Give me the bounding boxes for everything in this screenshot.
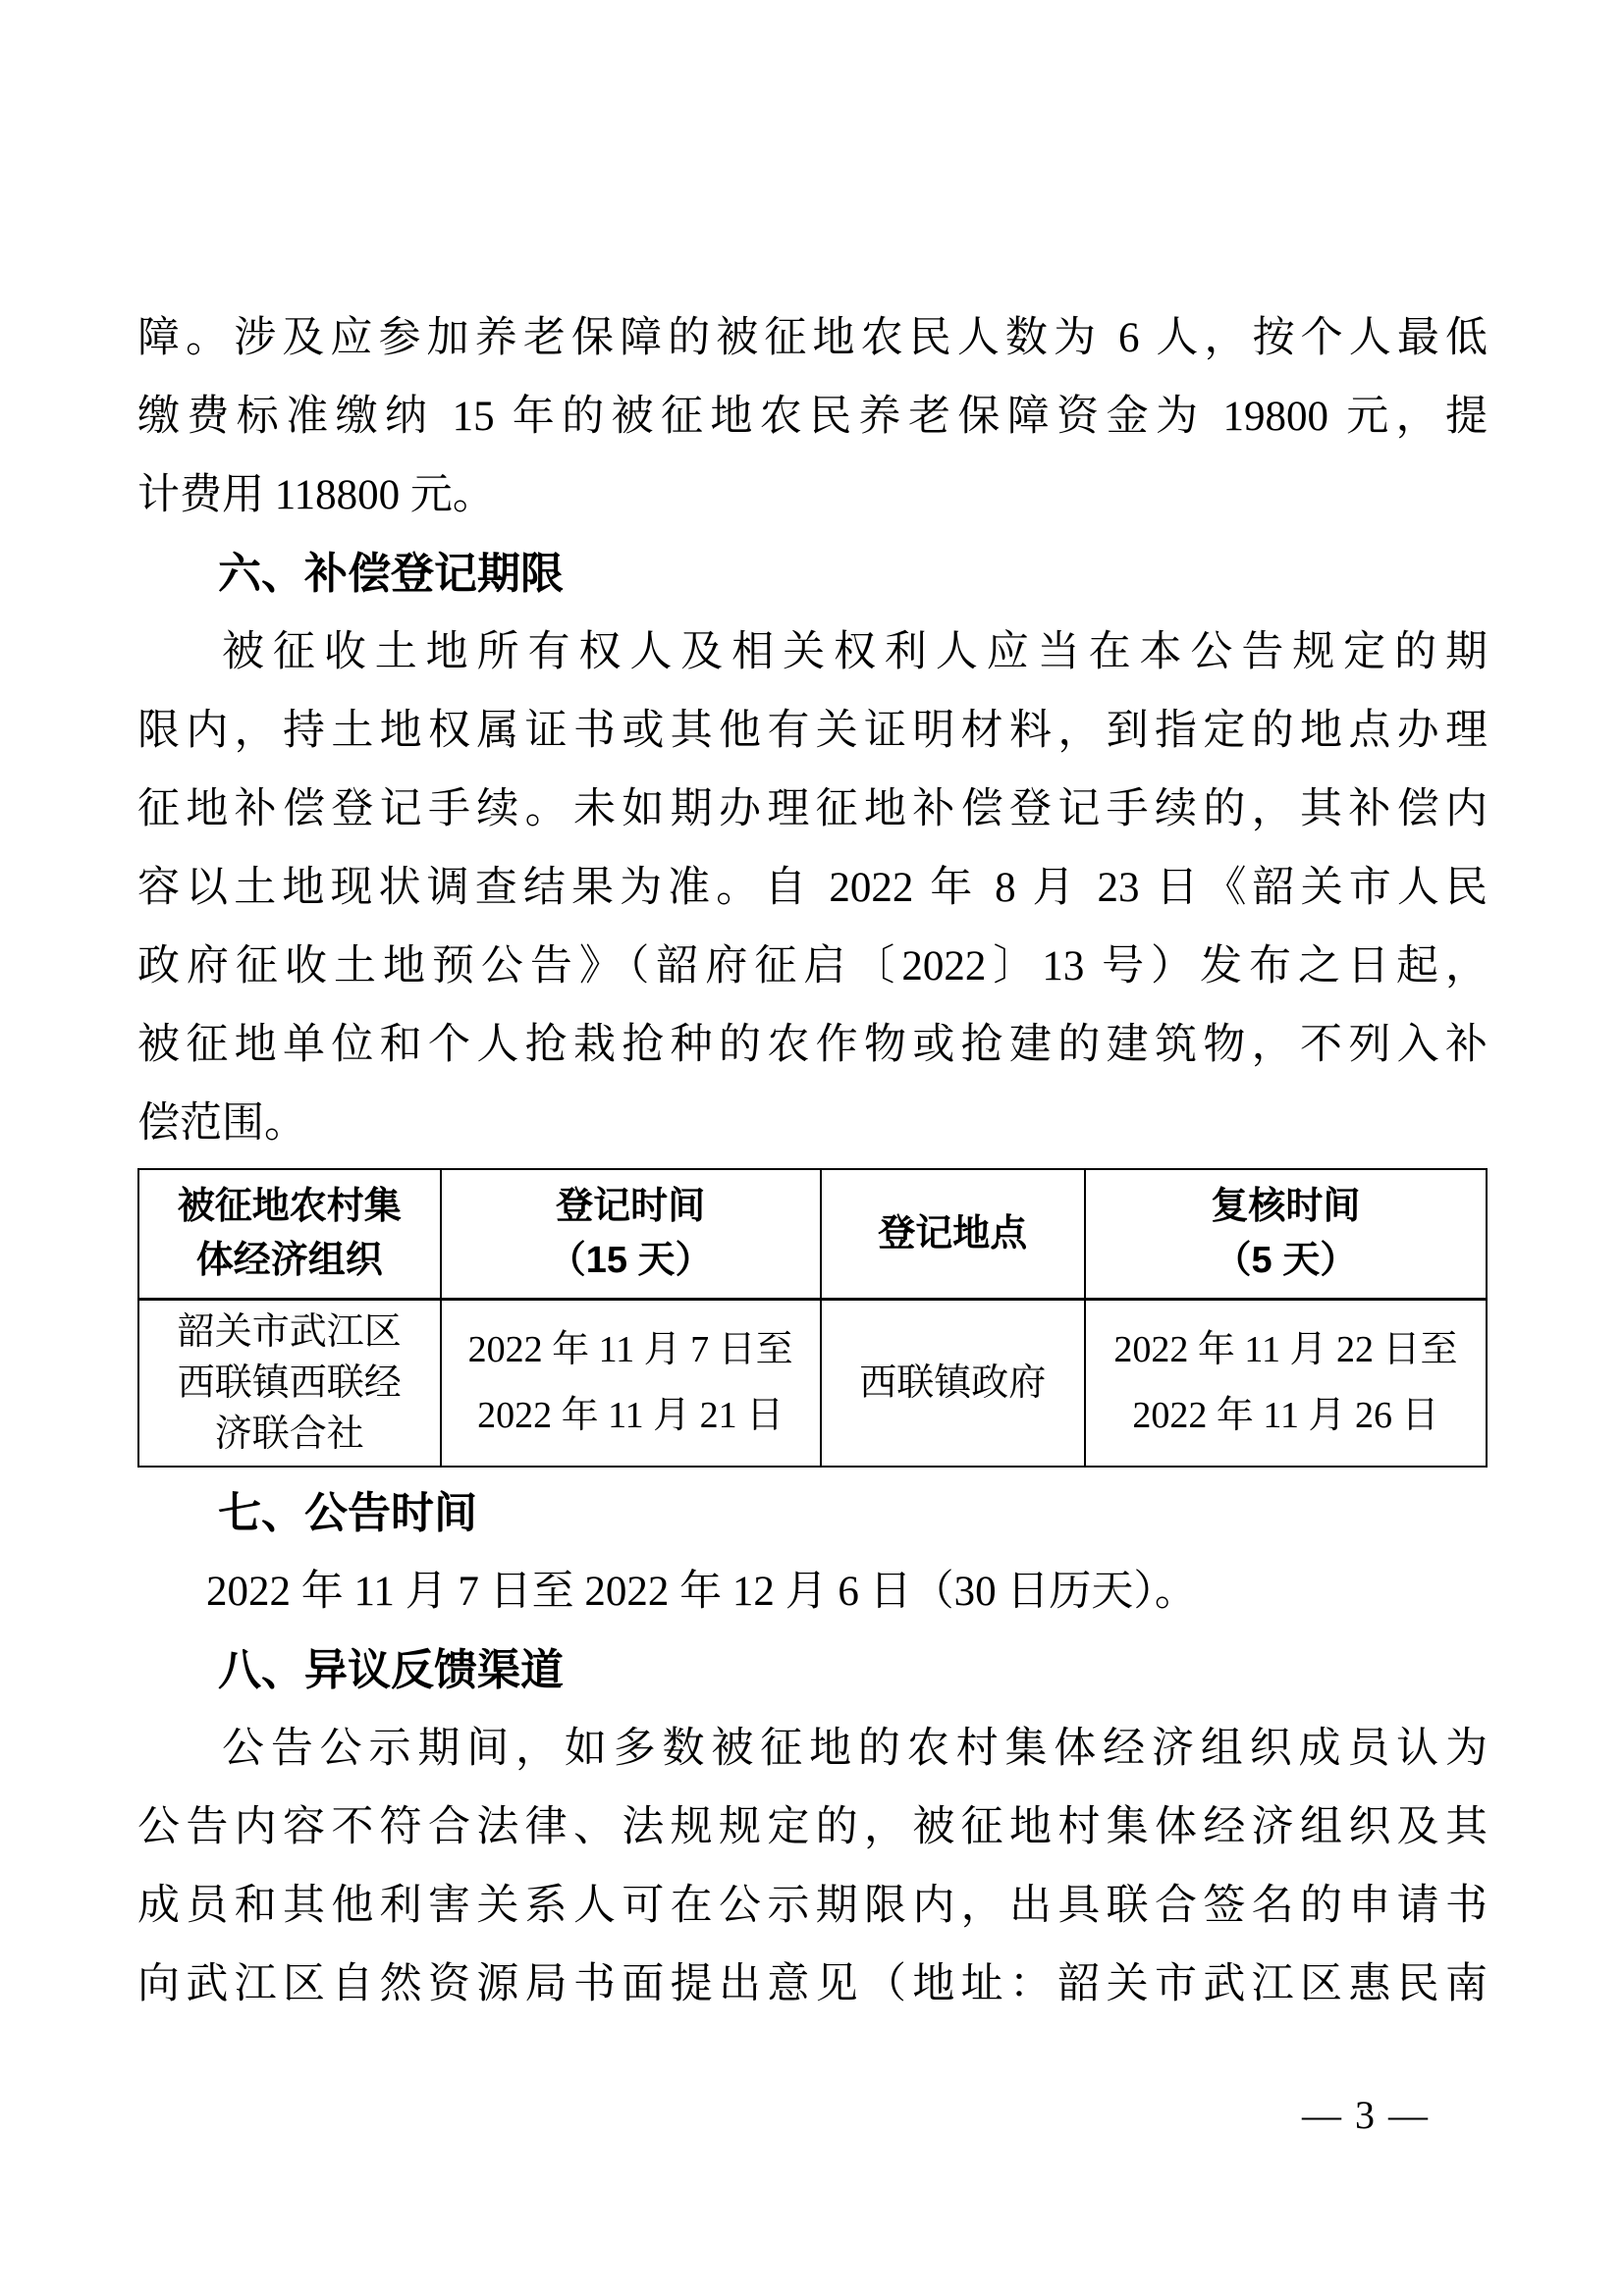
- header-cell-registration-time: 登记时间 （15 天）: [441, 1169, 821, 1300]
- header-text: 被征地农村集: [143, 1180, 436, 1234]
- header-text: 复核时间: [1090, 1180, 1482, 1234]
- cell-text: 西联镇西联经: [143, 1358, 436, 1409]
- document-content: 障。涉及应参加养老保障的被征地农民人数为 6 人，按个人最低 缴费标准缴纳 15…: [137, 299, 1488, 2024]
- cell-text: 2022 年 11 月 22 日至: [1090, 1317, 1482, 1383]
- header-text: 体经济组织: [143, 1234, 436, 1288]
- paragraph-pension: 障。涉及应参加养老保障的被征地农民人数为 6 人，按个人最低 缴费标准缴纳 15…: [137, 299, 1488, 535]
- section-heading-seven: 七、公告时间: [137, 1474, 1488, 1553]
- header-text: 登记时间: [446, 1180, 816, 1234]
- text-line: 征地补偿登记手续。未如期办理征地补偿登记手续的，其补偿内: [137, 771, 1488, 849]
- header-text: 登记地点: [826, 1207, 1080, 1261]
- text-line: 缴费标准缴纳 15 年的被征地农民养老保障资金为 19800 元，提: [137, 378, 1488, 456]
- cell-text: 2022 年 11 月 7 日至: [446, 1317, 816, 1383]
- header-cell-review-time: 复核时间 （5 天）: [1085, 1169, 1487, 1300]
- cell-text: 济联合社: [143, 1409, 436, 1460]
- header-cell-registration-location: 登记地点: [821, 1169, 1085, 1300]
- text-line: 偿范围。: [137, 1085, 1488, 1163]
- cell-text: 2022 年 11 月 26 日: [1090, 1383, 1482, 1449]
- header-cell-organization: 被征地农村集 体经济组织: [138, 1169, 441, 1300]
- text-line: 障。涉及应参加养老保障的被征地农民人数为 6 人，按个人最低: [137, 299, 1488, 378]
- cell-text: 西联镇政府: [826, 1358, 1080, 1409]
- text-line: 被征地单位和个人抢栽抢种的农作物或抢建的建筑物，不列入补: [137, 1006, 1488, 1085]
- text-line: 成员和其他利害关系人可在公示期限内，出具联合签名的申请书: [137, 1867, 1488, 1946]
- paragraph-announcement-time: 2022 年 11 月 7 日至 2022 年 12 月 6 日（30 日历天）…: [137, 1553, 1488, 1631]
- cell-review-time: 2022 年 11 月 22 日至 2022 年 11 月 26 日: [1085, 1300, 1487, 1468]
- text-line: 被征收土地所有权人及相关权利人应当在本公告规定的期: [137, 614, 1488, 692]
- section-heading-eight: 八、异议反馈渠道: [137, 1631, 1488, 1710]
- cell-text: 韶关市武江区: [143, 1307, 436, 1358]
- text-line: 容以土地现状调查结果为准。自 2022 年 8 月 23 日《韶关市人民: [137, 849, 1488, 928]
- section-heading-six: 六、补偿登记期限: [137, 535, 1488, 614]
- cell-text: 2022 年 11 月 21 日: [446, 1383, 816, 1449]
- page-number: — 3 —: [1302, 2091, 1430, 2140]
- registration-schedule-table: 被征地农村集 体经济组织 登记时间 （15 天） 登记地点 复核时间 （5 天）: [137, 1168, 1488, 1468]
- paragraph-registration: 被征收土地所有权人及相关权利人应当在本公告规定的期 限内，持土地权属证书或其他有…: [137, 614, 1488, 1163]
- text-line: 计费用 118800 元。: [137, 456, 1488, 535]
- text-line: 限内，持土地权属证书或其他有关证明材料，到指定的地点办理: [137, 692, 1488, 771]
- text-line: 公告内容不符合法律、法规规定的，被征地村集体经济组织及其: [137, 1789, 1488, 1867]
- cell-organization: 韶关市武江区 西联镇西联经 济联合社: [138, 1300, 441, 1468]
- table-row: 韶关市武江区 西联镇西联经 济联合社 2022 年 11 月 7 日至 2022…: [138, 1300, 1487, 1468]
- text-line: 公告公示期间，如多数被征地的农村集体经济组织成员认为: [137, 1710, 1488, 1789]
- header-text: （15 天）: [446, 1234, 816, 1288]
- table-header-row: 被征地农村集 体经济组织 登记时间 （15 天） 登记地点 复核时间 （5 天）: [138, 1169, 1487, 1300]
- text-line: 政府征收土地预公告》（韶府征启〔2022〕13 号）发布之日起，: [137, 928, 1488, 1006]
- paragraph-feedback: 公告公示期间，如多数被征地的农村集体经济组织成员认为 公告内容不符合法律、法规规…: [137, 1710, 1488, 2024]
- header-text: （5 天）: [1090, 1234, 1482, 1288]
- cell-registration-time: 2022 年 11 月 7 日至 2022 年 11 月 21 日: [441, 1300, 821, 1468]
- cell-registration-location: 西联镇政府: [821, 1300, 1085, 1468]
- text-line: 向武江区自然资源局书面提出意见（地址：韶关市武江区惠民南: [137, 1946, 1488, 2024]
- document-page: 障。涉及应参加养老保障的被征地农民人数为 6 人，按个人最低 缴费标准缴纳 15…: [0, 0, 1624, 2296]
